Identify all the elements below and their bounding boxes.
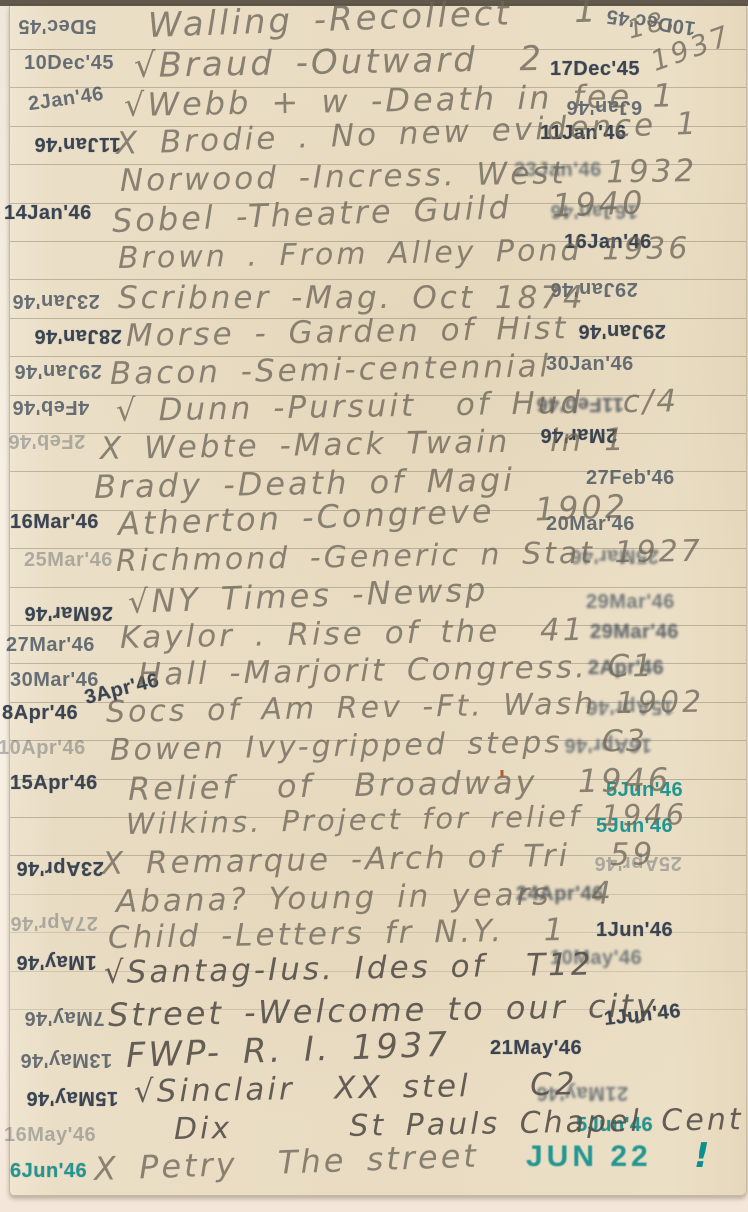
date-stamp: 15May'46 [26,1086,118,1109]
date-stamp: 14Jan'46 [4,202,92,225]
date-stamp: 16May'46 [4,1124,96,1147]
date-stamp: 1May'46 [16,950,97,973]
date-stamp: 29Mar'46 [586,591,675,614]
date-stamp: 29Jan'46 [14,359,102,382]
handwritten-entry: √Sinclair XX stel C2 [134,1066,578,1110]
date-stamp: 27Mar'46 [6,634,95,657]
date-stamp: 11Jan'46 [34,132,121,155]
handwritten-entry: X Webte -Mack Twain in 1 [100,422,627,467]
date-stamp: 16Mar'46 [10,511,99,534]
date-stamp: 2Feb'46 [8,429,85,452]
ink-layer: 5Dec'4510Dec'452Jan'4611Jan'4614Jan'4623… [0,0,748,1212]
date-stamp: 23Apr'46 [16,856,104,879]
handwritten-entry: √Santag-Ius. Ides of T12 [104,946,594,991]
handwritten-entry: √NY Times -Newsp [127,570,489,621]
date-stamp: 2Jan'46 [27,83,106,116]
date-stamp: 7May'46 [24,1006,105,1029]
handwritten-entry: Morse - Garden of Hist [126,310,569,354]
date-stamp: 29Mar'46 [590,621,679,644]
date-stamp: 27Apr'46 [10,911,98,934]
date-stamp: 10Dec'45 [24,52,114,75]
handwritten-entry: X Petry The street [93,1137,479,1188]
handwritten-mark: ' [498,766,506,796]
date-stamp: 25Mar'46 [24,549,113,572]
date-stamp: 13May'46 [20,1048,112,1071]
date-stamp: 26Mar'46 [24,601,113,624]
date-stamp: JUN 22 [526,1140,652,1174]
date-stamp: 23Jan'46 [12,289,100,312]
date-stamp: 8Apr'46 [2,702,78,725]
date-stamp: 15Apr'46 [10,772,98,795]
handwritten-entry: Bacon -Semi-centennial [110,348,552,392]
date-stamp: 27Feb'46 [586,467,675,490]
handwritten-entry: Kaylor . Rise of the 41 [120,612,586,656]
handwritten-mark: ! [694,1136,710,1176]
date-stamp: 4Feb'46 [12,395,89,418]
date-stamp: 29Jan'46 [578,319,666,342]
date-stamp: 6Jun'46 [10,1160,87,1183]
date-stamp: 28Jan'46 [34,324,122,347]
date-stamp: 21May'46 [490,1037,582,1060]
date-stamp: 30Jan'46 [546,353,634,376]
date-stamp: 5Dec'45 [18,14,96,37]
handwritten-entry: Brown . From Alley Pond 1936 [118,231,691,276]
date-stamp: 10Apr'46 [0,737,86,760]
date-stamp: 1Jun'46 [596,919,673,942]
